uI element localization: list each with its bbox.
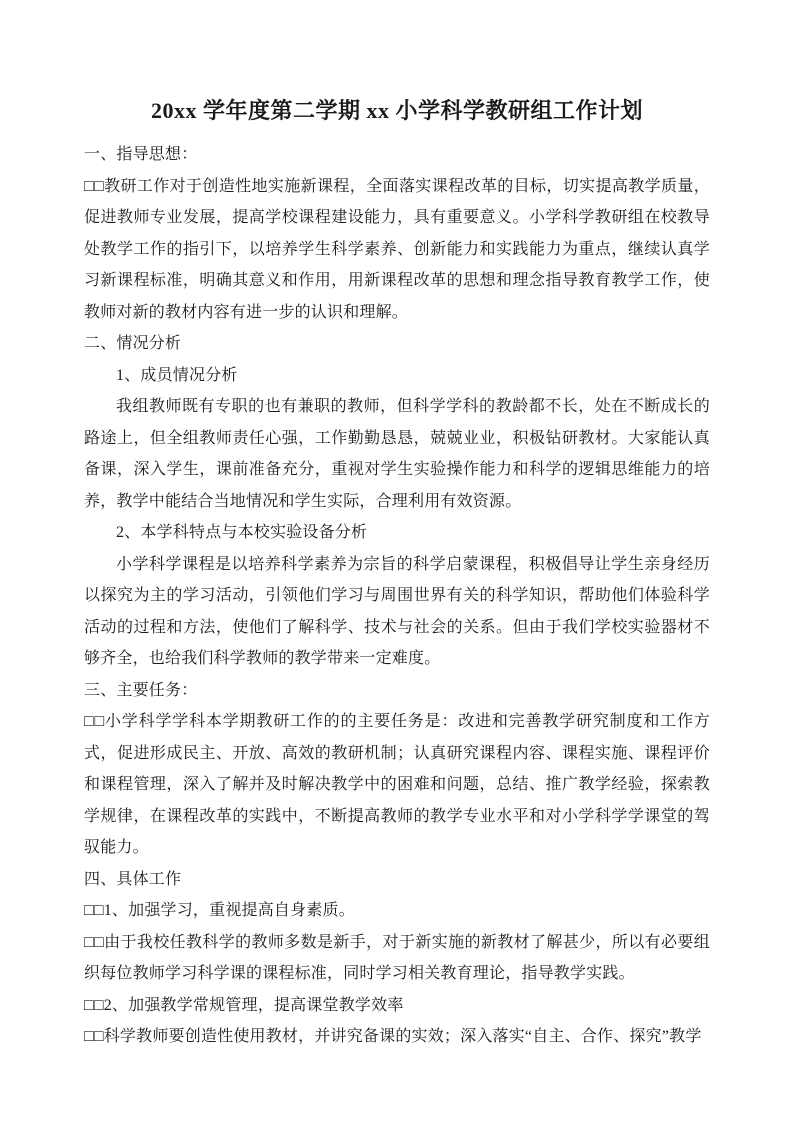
para-main-tasks: □□小学科学学科本学期教研工作的的主要任务是：改进和完善教学研究制度和工作方式，… (84, 706, 710, 864)
section-heading-guiding-ideology: 一、指导思想： (84, 139, 710, 171)
para-subject-equipment-analysis: 小学科学课程是以培养科学素养为宗旨的科学启蒙课程，积极倡导让学生亲身经历以探究为… (84, 549, 710, 675)
para-member-analysis: 我组教师既有专职的也有兼职的教师，但科学学科的教龄都不长，处在不断成长的路途上，… (84, 391, 710, 517)
sub-heading-subject-equipment-analysis: 2、本学科特点与本校实验设备分析 (84, 517, 710, 549)
document-title: 20xx 学年度第二学期 xx 小学科学教研组工作计划 (84, 94, 710, 127)
section-heading-main-tasks: 三、主要任务： (84, 675, 710, 707)
para-guiding-ideology: □□教研工作对于创造性地实施新课程，全面落实课程改革的目标，切实提高教学质量，促… (84, 171, 710, 329)
para-routine-management: □□科学教师要创造性使用教材，并讲究备课的实效；深入落实“自主、合作、探究”教学 (84, 1021, 710, 1053)
item-heading-strengthen-learning: □□1、加强学习，重视提高自身素质。 (84, 895, 710, 927)
section-heading-specific-work: 四、具体工作 (84, 864, 710, 896)
sub-heading-member-analysis: 1、成员情况分析 (84, 360, 710, 392)
para-strengthen-learning: □□由于我校任教科学的教师多数是新手，对于新实施的新教材了解甚少，所以有必要组织… (84, 927, 710, 990)
document-title-text: 20xx 学年度第二学期 xx 小学科学教研组工作计划 (151, 98, 643, 123)
item-heading-routine-management: □□2、加强教学常规管理，提高课堂教学效率 (84, 990, 710, 1022)
document-page: 20xx 学年度第二学期 xx 小学科学教研组工作计划 一、指导思想： □□教研… (0, 0, 793, 1122)
section-heading-situation-analysis: 二、情况分析 (84, 328, 710, 360)
